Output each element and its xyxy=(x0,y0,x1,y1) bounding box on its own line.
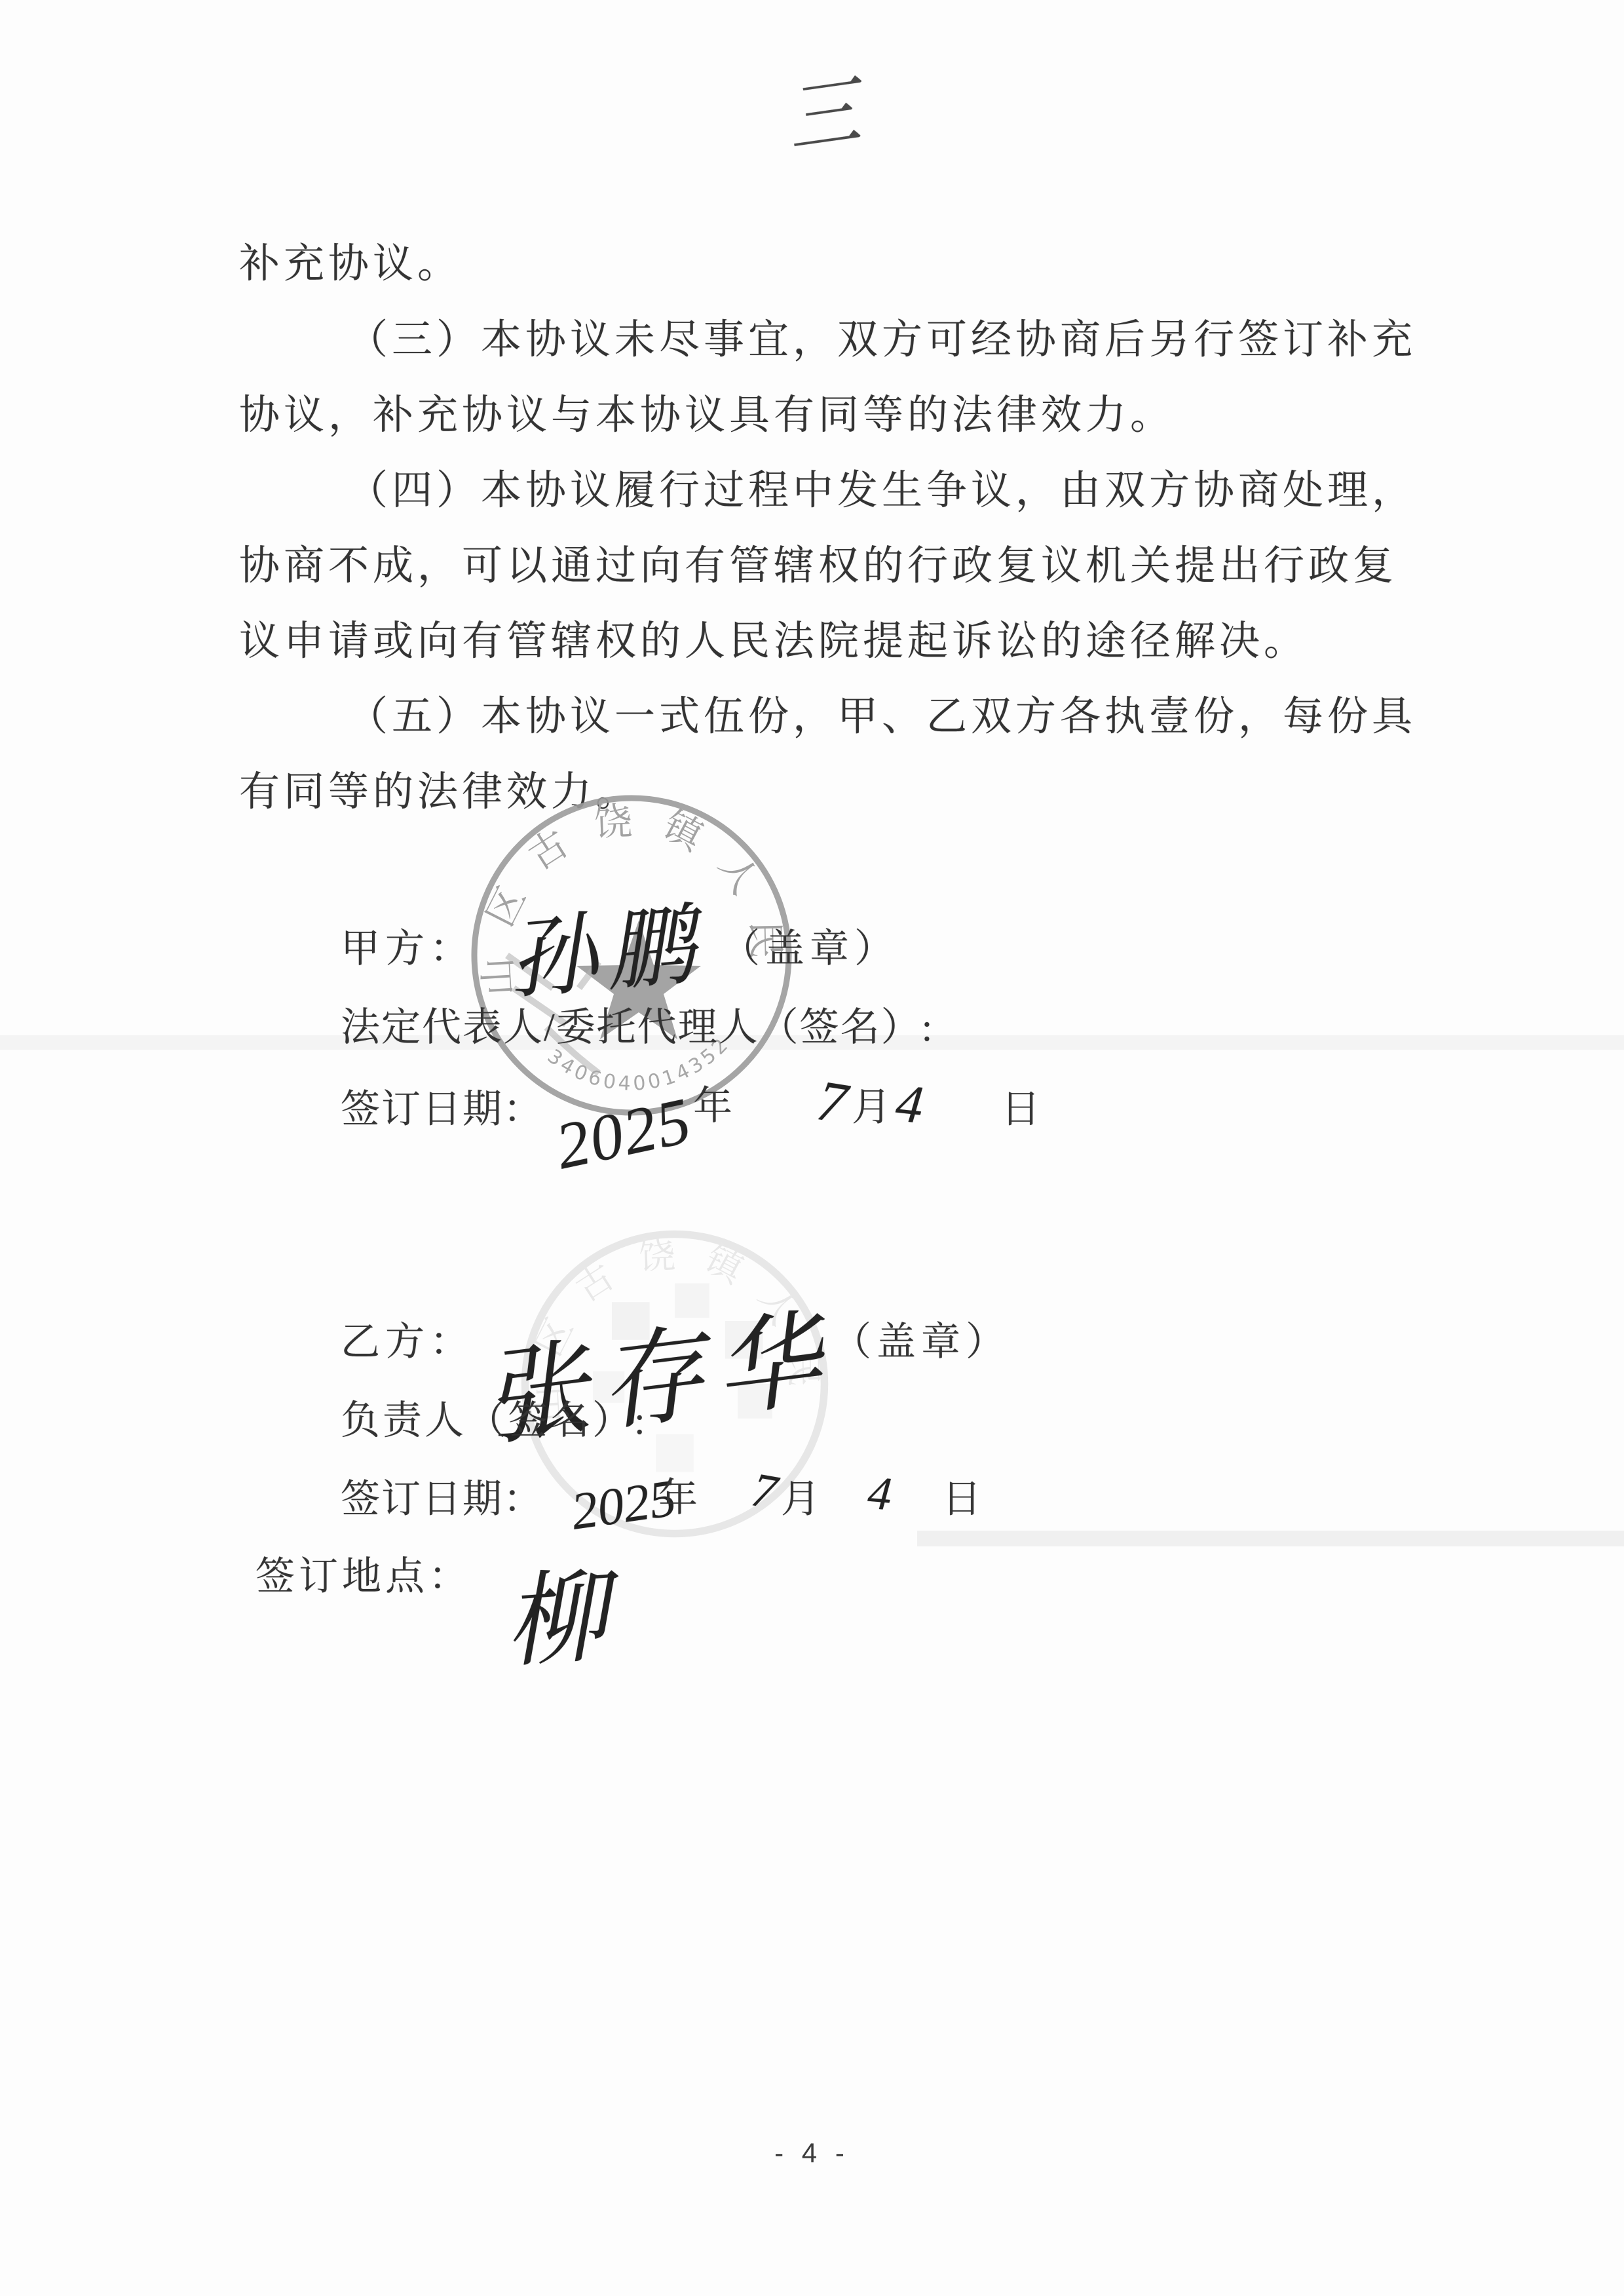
party-b-principal-line: 负责人（签名）: xyxy=(341,1389,648,1445)
party-a-date-month-handwritten: 7 xyxy=(812,1067,851,1138)
body-line: 协议，补充协议与本协议具有同等的法律效力。 xyxy=(239,382,1175,440)
party-a-date-day-handwritten: 4 xyxy=(893,1072,926,1136)
body-line: （五）本协议一式伍份，甲、乙双方各执壹份，每份具 xyxy=(347,683,1416,742)
body-line: 议申请或向有管辖权的人民法院提起诉讼的途径解决。 xyxy=(239,608,1308,666)
party-b-date-month-handwritten: 7 xyxy=(747,1462,781,1521)
scan-artifact-band xyxy=(917,1531,1624,1546)
signing-place-label: 签订地点： xyxy=(255,1545,472,1601)
party-b-label: 乙方： xyxy=(341,1311,474,1367)
document-page: 三 补充协议。 （三）本协议未尽事宜，双方可经协商后另行签订补充 协议，补充协议… xyxy=(0,0,1624,2296)
party-a-date-year-unit: 年 xyxy=(693,1075,738,1131)
party-b-date-year-unit: 年 xyxy=(658,1466,703,1523)
party-a-signature: 孙鹏 xyxy=(502,873,708,1016)
page-number: - 4 - xyxy=(0,2137,1624,2169)
body-line: （四）本协议履行过程中发生争议，由双方协商处理， xyxy=(347,457,1416,516)
party-a-seal-note: （盖章） xyxy=(721,917,899,974)
party-b-date-label: 签订日期： xyxy=(341,1468,544,1524)
body-line: （三）本协议未尽事宜，双方可经协商后另行签订补充 xyxy=(347,307,1416,365)
party-a-representative-line: 法定代表人/委托代理人（签名）: xyxy=(341,996,934,1052)
party-b-seal-note: （盖章） xyxy=(832,1311,1010,1367)
party-b-date-month-unit: 月 xyxy=(781,1468,825,1524)
party-b-date-day-handwritten: 4 xyxy=(865,1466,894,1522)
body-line: 补充协议。 xyxy=(239,231,462,289)
party-a-date-month-unit: 月 xyxy=(852,1076,896,1132)
party-a-date-day-unit: 日 xyxy=(1001,1078,1046,1134)
handwritten-page-mark: 三 xyxy=(778,48,865,170)
party-a-label: 甲方： xyxy=(341,917,474,974)
body-line: 协商不成，可以通过向有管辖权的行政复议机关提出行政复 xyxy=(239,533,1397,591)
party-a-date-label: 签订日期： xyxy=(341,1078,544,1134)
body-line: 有同等的法律效力。 xyxy=(239,759,640,817)
signing-place-handwritten: 柳 xyxy=(499,1535,611,1687)
party-a-date-year-handwritten: 2025 xyxy=(549,1082,698,1185)
party-b-date-day-unit: 日 xyxy=(942,1468,987,1524)
